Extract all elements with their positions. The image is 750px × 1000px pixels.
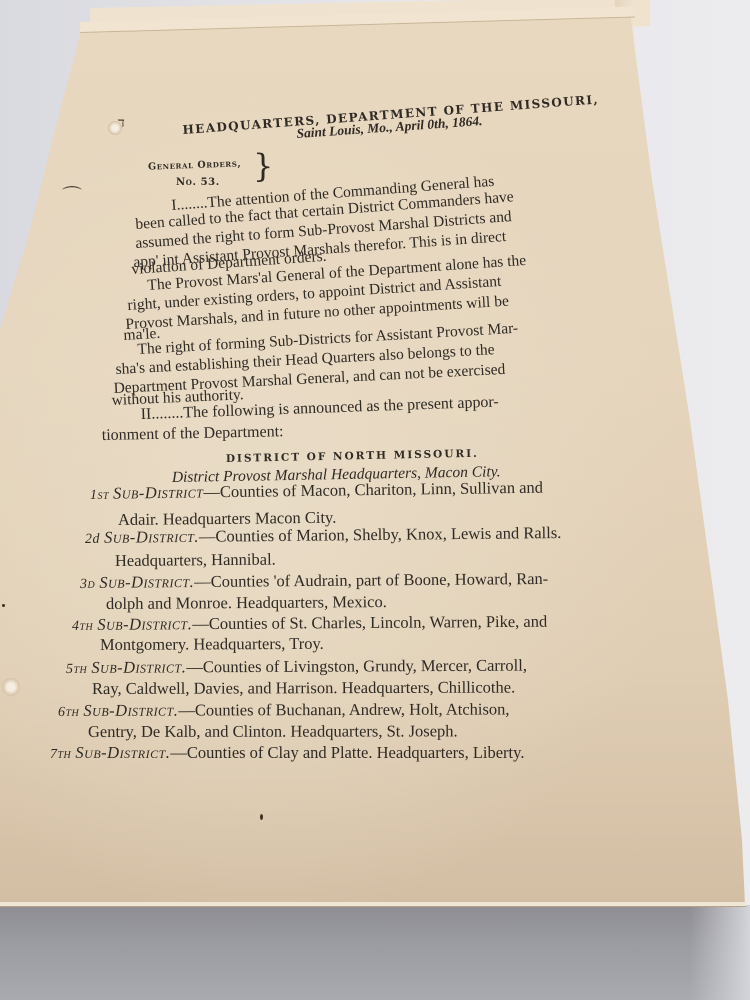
punch-hole-icon bbox=[2, 678, 20, 696]
sub-district-counties: —Counties of Livingston, Grundy, Mercer,… bbox=[186, 656, 527, 677]
sub-district-number: 3d bbox=[80, 577, 95, 592]
sub-district-counties: —Counties of St. Charles, Lincoln, Warre… bbox=[192, 612, 547, 633]
ink-speck bbox=[260, 814, 263, 820]
page-bottom-edge bbox=[0, 902, 746, 907]
sub-district-continuation: Gentry, De Kalb, and Clinton. Headquarte… bbox=[88, 723, 458, 740]
sub-district-entry: 4th Sub-District.—Counties of St. Charle… bbox=[72, 614, 547, 634]
sub-district-continuation: dolph and Monroe. Headquarters, Mexico. bbox=[106, 594, 387, 612]
sub-district-number: 6th bbox=[58, 705, 79, 720]
sub-district-label: Sub-District. bbox=[99, 572, 194, 592]
sub-district-number: 7th bbox=[50, 747, 71, 762]
sub-district-counties: —Counties of Buchanan, Andrew, Holt, Atc… bbox=[178, 699, 509, 719]
brace-glyph: } bbox=[253, 150, 273, 182]
sub-district-number: 2d bbox=[85, 532, 100, 547]
ink-speck bbox=[2, 604, 5, 607]
sub-district-entry: 5th Sub-District.—Counties of Livingston… bbox=[66, 658, 527, 677]
sub-district-entry: 7th Sub-District.—Counties of Clay and P… bbox=[50, 745, 524, 762]
sub-district-number: 1st bbox=[90, 488, 109, 503]
sub-district-counties: —Counties of Clay and Platte. Headquarte… bbox=[170, 743, 524, 762]
sub-district-number: 5th bbox=[66, 662, 87, 677]
sub-district-continuation: Headquarters, Hannibal. bbox=[115, 552, 276, 570]
order-number: No. 53. bbox=[176, 178, 220, 188]
sub-district-label: Sub-District. bbox=[91, 657, 186, 676]
sub-district-continuation: Montgomery. Headquarters, Troy. bbox=[100, 636, 324, 654]
table-surface-highlight bbox=[690, 905, 750, 1000]
sub-district-continuation: Ray, Caldwell, Davies, and Harrison. Hea… bbox=[92, 680, 515, 698]
sub-district-label: Sub-District. bbox=[97, 614, 192, 634]
sub-district-label: Sub-District bbox=[113, 482, 204, 502]
sub-district-number: 4th bbox=[72, 619, 93, 634]
curl-mark-icon: ⌒ bbox=[62, 186, 82, 206]
sub-district-entry: 6th Sub-District.—Counties of Buchanan, … bbox=[58, 701, 510, 720]
tear-mark-icon: ד bbox=[118, 116, 125, 130]
table-surface-shadow bbox=[0, 905, 750, 1000]
sub-district-label: Sub-District. bbox=[104, 527, 199, 547]
sub-district-counties: —Counties of Marion, Shelby, Knox, Lewis… bbox=[199, 523, 562, 546]
sub-district-label: Sub-District. bbox=[75, 743, 170, 762]
sub-district-counties: —Counties 'of Audrain, part of Boone, Ho… bbox=[194, 569, 548, 591]
sub-district-label: Sub-District. bbox=[83, 701, 178, 720]
